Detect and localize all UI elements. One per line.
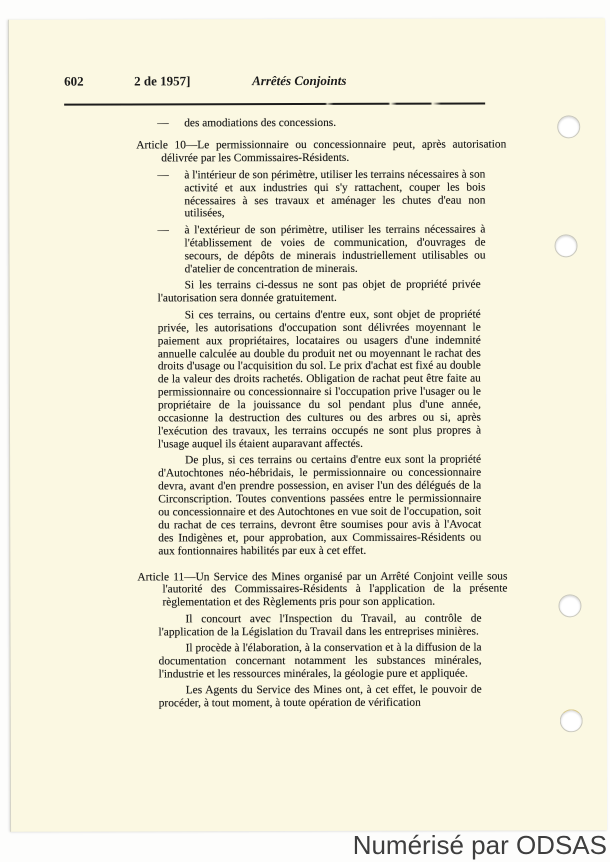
dash-marker: —: [157, 225, 184, 277]
body-paragraph: Si ces terrains, ou certains d'entre eux…: [158, 308, 481, 451]
page-header: 602 2 de 1957] Arrêtés Conjoints: [9, 72, 605, 90]
article-10-paragraph: Article 10—Le permissionnaire ou concess…: [136, 138, 506, 165]
body-paragraph: De plus, si ces terrains ou certains d'e…: [158, 454, 481, 558]
binder-hole: [560, 709, 583, 732]
list-item: — à l'intérieur de son périmètre, utilis…: [157, 168, 485, 220]
dash-marker: —: [157, 117, 184, 130]
list-item-text: à l'intérieur de son périmètre, utiliser…: [184, 168, 485, 220]
list-item-text: à l'extérieur de son périmètre, utiliser…: [184, 224, 485, 276]
header-divider: [64, 103, 485, 106]
header-citation: 2 de 1957]: [134, 73, 190, 89]
document-body: — des amodiations des concessions. Artic…: [64, 113, 487, 711]
binder-hole: [555, 234, 578, 257]
list-item-text: des amodiations des concessions.: [184, 117, 485, 131]
running-title: Arrêtés Conjoints: [252, 73, 346, 89]
list-item: — à l'extérieur de son périmètre, utilis…: [157, 224, 485, 276]
digitization-watermark: Numérisé par ODSAS: [353, 830, 607, 861]
binder-hole: [558, 594, 581, 617]
body-paragraph: Il concourt avec l'Inspection du Travail…: [158, 612, 481, 639]
body-paragraph: Il procède à l'élaboration, à la conserv…: [159, 642, 482, 682]
page-number: 602: [64, 74, 84, 90]
list-item: — des amodiations des concessions.: [157, 117, 485, 131]
dash-marker: —: [157, 169, 184, 221]
body-paragraph: Si les terrains ci-dessus ne sont pas ob…: [158, 279, 481, 306]
article-11-paragraph: Article 11—Un Service des Mines organisé…: [137, 570, 507, 610]
document-page: 602 2 de 1957] Arrêtés Conjoints — des a…: [8, 18, 607, 832]
body-paragraph: Les Agents du Service des Mines ont, à c…: [159, 684, 482, 711]
binder-hole: [557, 115, 580, 138]
scan-canvas: 602 2 de 1957] Arrêtés Conjoints — des a…: [0, 0, 610, 862]
